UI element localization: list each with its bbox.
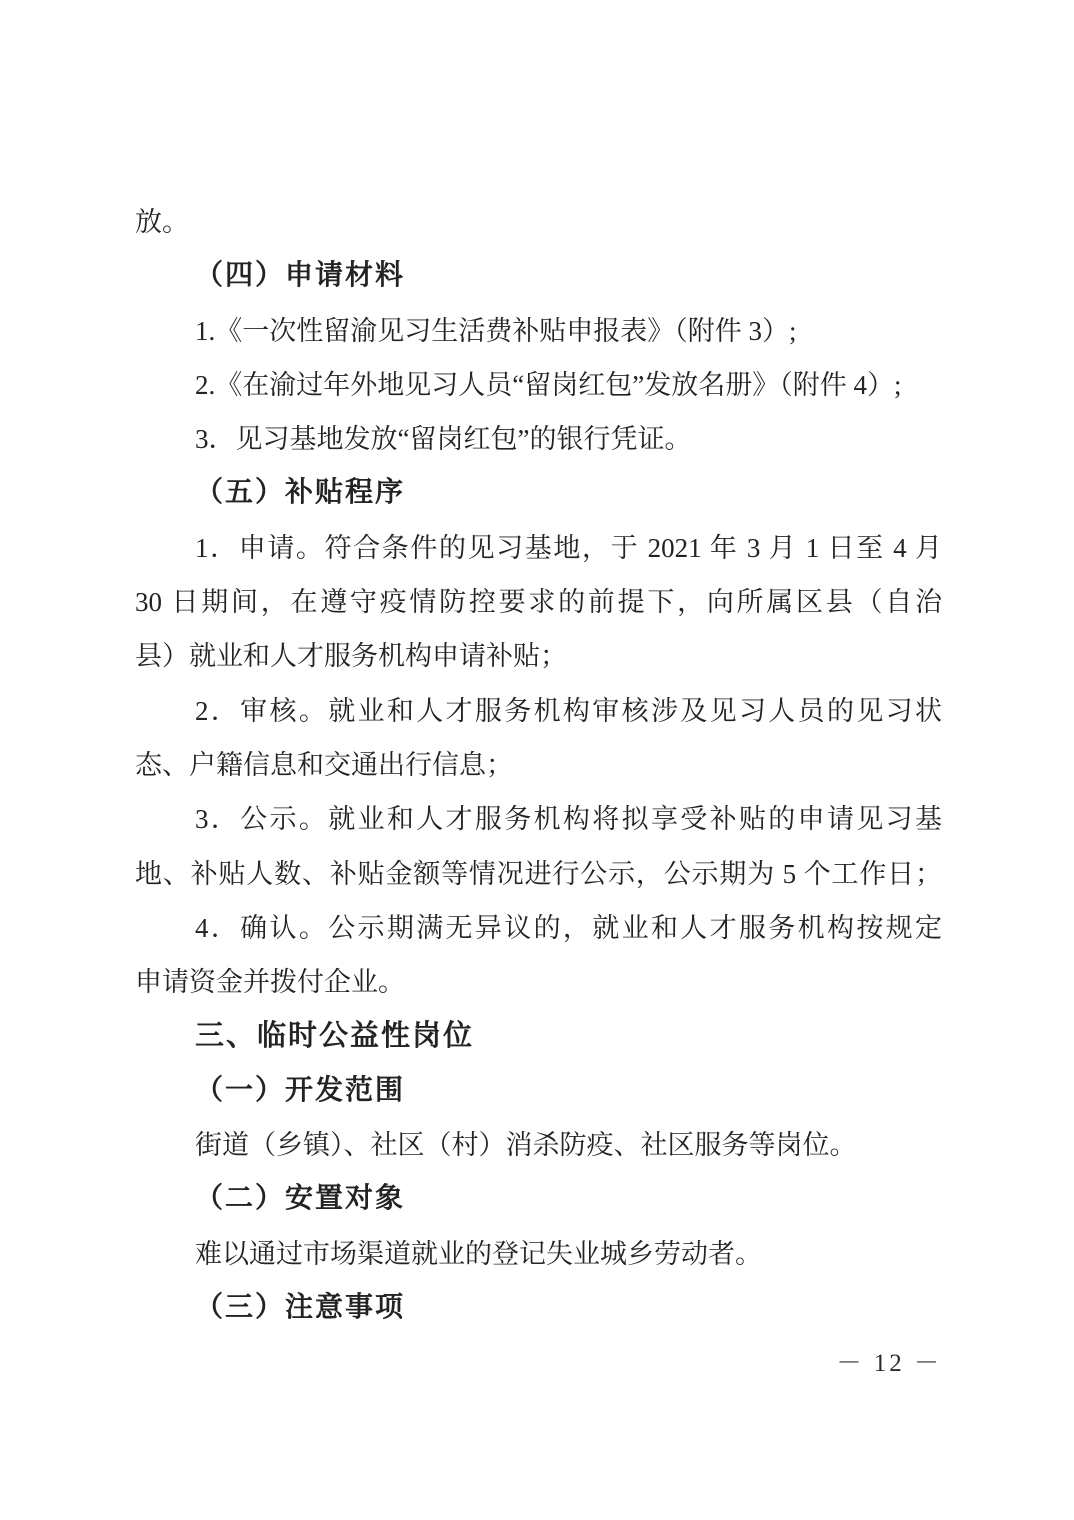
document-body: 放。 （四）申请材料 1.《一次性留渝见习生活费补贴申报表》（附件 3）; 2.… — [135, 195, 942, 1335]
paragraph-line: 县）就业和人才服务机构申请补贴； — [135, 629, 942, 683]
paragraph-line: 难以通过市场渠道就业的登记失业城乡劳动者。 — [135, 1227, 942, 1281]
list-item-3: 3．见习基地发放“留岗红包”的银行凭证。 — [135, 412, 942, 466]
paragraph-line: 4．确认。公示期满无异议的，就业和人才服务机构按规定 — [135, 901, 942, 955]
paragraph-line: 2．审核。就业和人才服务机构审核涉及见习人员的见习状 — [135, 684, 942, 738]
paragraph-line: 态、户籍信息和交通出行信息； — [135, 738, 942, 792]
paragraph-line: 街道（乡镇）、社区（村）消杀防疫、社区服务等岗位。 — [135, 1118, 942, 1172]
paragraph-line: 地、补贴人数、补贴金额等情况进行公示，公示期为 5 个工作日； — [135, 847, 942, 901]
section-heading-five: （五）补贴程序 — [135, 466, 942, 520]
chapter-heading-three: 三、临时公益性岗位 — [135, 1009, 942, 1063]
list-item-2: 2.《在渝过年外地见习人员“留岗红包”发放名册》（附件 4）; — [135, 358, 942, 412]
list-item-1: 1.《一次性留渝见习生活费补贴申报表》（附件 3）; — [135, 304, 942, 358]
section-heading-two: （二）安置对象 — [135, 1172, 942, 1226]
section-heading-four: （四）申请材料 — [135, 249, 942, 303]
page-number: － 12 － — [135, 1344, 942, 1384]
section-heading-one: （一）开发范围 — [135, 1064, 942, 1118]
paragraph-line: 申请资金并拨付企业。 — [135, 955, 942, 1009]
paragraph-line: 3．公示。就业和人才服务机构将拟享受补贴的申请见习基 — [135, 792, 942, 846]
document-page: 放。 （四）申请材料 1.《一次性留渝见习生活费补贴申报表》（附件 3）; 2.… — [0, 0, 1074, 1520]
paragraph-line: 30 日期间，在遵守疫情防控要求的前提下，向所属区县（自治 — [135, 575, 942, 629]
section-heading-three: （三）注意事项 — [135, 1281, 942, 1335]
paragraph-line: 1．申请。符合条件的见习基地，于 2021 年 3 月 1 日至 4 月 — [135, 521, 942, 575]
text-line: 放。 — [135, 195, 942, 249]
